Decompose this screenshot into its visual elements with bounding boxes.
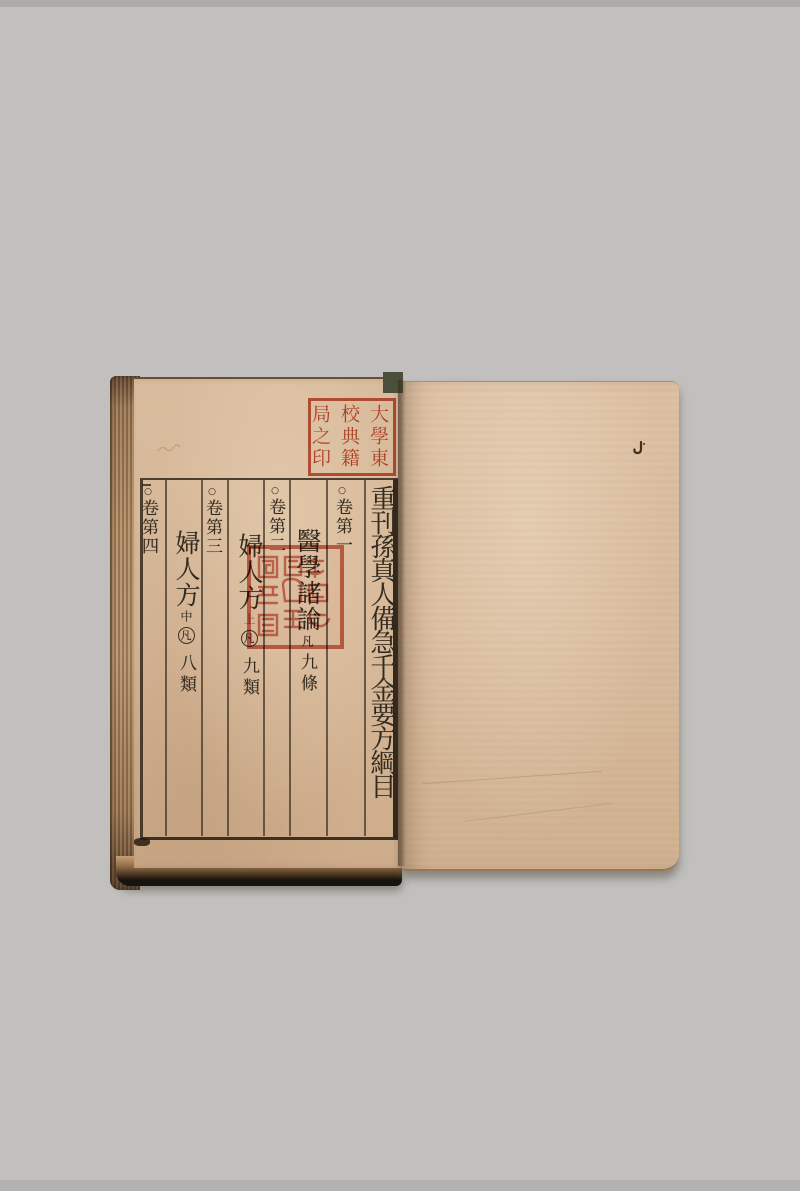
volume-4-header: ○卷第四 [135, 487, 163, 597]
ink-blotch [134, 838, 150, 846]
left-page-contents: 重刊孫真人備急千金要方綱目 ○卷第一 醫學諸論凡九條 ○卷第二 婦人方上凡九類 … [134, 377, 402, 868]
volume-4-label: 卷第四 [138, 499, 158, 556]
ink-tick [142, 484, 151, 486]
entry-count: 九條 [297, 653, 317, 695]
entry-count: 八類 [176, 654, 196, 696]
book-title-column: 重刊孫真人備急千金要方綱目 [366, 485, 398, 821]
entry-prefix-circled: 凡 [178, 627, 195, 644]
page-crease [422, 771, 602, 785]
university-east-school-seal: 大學東校典籍局之印 [308, 398, 396, 476]
volume-3-header: ○卷第三 [199, 487, 227, 597]
volume-marker-circle: ○ [270, 486, 280, 496]
volume-marker-circle: ○ [337, 486, 347, 496]
right-page-blank [402, 381, 679, 871]
small-ink-stamp [632, 440, 647, 457]
page-crease [462, 803, 611, 822]
entry-title: 婦人方 [172, 530, 201, 608]
column-rule [227, 480, 229, 836]
library-collection-seal [247, 545, 344, 649]
gutter-shadow [398, 380, 406, 866]
volume-marker-circle: ○ [207, 487, 217, 497]
column-rule [165, 480, 167, 836]
entry-part: 中 [179, 610, 193, 622]
book-photo: 重刊孫真人備急千金要方綱目 ○卷第一 醫學諸論凡九條 ○卷第二 婦人方上凡九類 … [0, 0, 800, 1191]
volume-3-label: 卷第三 [202, 499, 222, 556]
entry-count: 九類 [239, 657, 259, 699]
photo-background: 重刊孫真人備急千金要方綱目 ○卷第一 醫學諸論凡九條 ○卷第二 婦人方上凡九類 … [0, 0, 800, 1191]
volume-marker-circle: ○ [143, 487, 153, 497]
entry-gynecology-2: 婦人方中凡八類 [169, 530, 201, 790]
faint-pencil-scribble [156, 443, 182, 455]
